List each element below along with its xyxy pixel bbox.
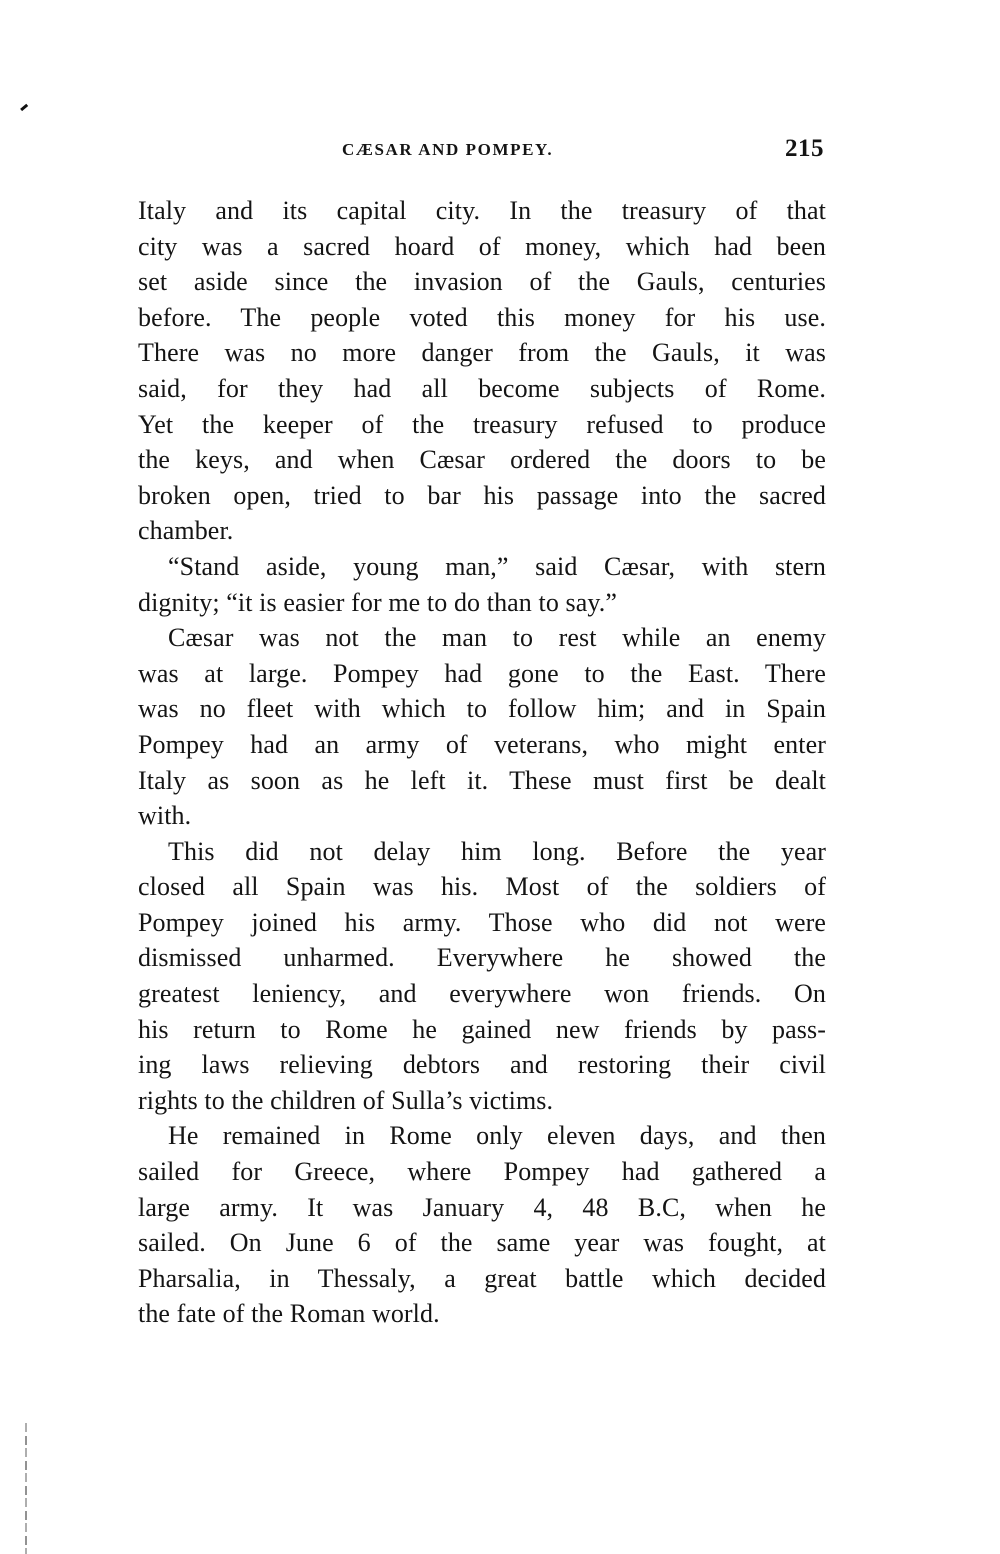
text-line: ing laws relieving debtors and restoring… [138, 1047, 826, 1083]
text-line: broken open, tried to bar his passage in… [138, 478, 826, 514]
text-line: dignity; “it is easier for me to do than… [138, 585, 826, 621]
running-head: CÆSAR AND POMPEY. 215 [138, 136, 826, 166]
text-line: was at large. Pompey had gone to the Eas… [138, 656, 826, 692]
text-line: city was a sacred hoard of money, which … [138, 229, 826, 265]
text-line: his return to Rome he gained new friends… [138, 1012, 826, 1048]
text-line: the fate of the Roman world. [138, 1296, 826, 1332]
text-line: sailed. On June 6 of the same year was f… [138, 1225, 826, 1261]
text-line: Pompey had an army of veterans, who migh… [138, 727, 826, 763]
paragraph: He remained in Rome only eleven days, an… [138, 1118, 826, 1332]
text-line: dismissed unharmed. Everywhere he showed… [138, 940, 826, 976]
stray-pencil-mark [20, 104, 28, 111]
text-line: Italy as soon as he left it. These must … [138, 763, 826, 799]
page-number: 215 [785, 135, 824, 163]
paragraph: “Stand aside, young man,” said Cæsar, wi… [138, 549, 826, 620]
text-line: Cæsar was not the man to rest while an e… [138, 620, 826, 656]
text-line: Pharsalia, in Thessaly, a great battle w… [138, 1261, 826, 1297]
scan-gutter-artifact [25, 1423, 27, 1554]
text-line: closed all Spain was his. Most of the so… [138, 869, 826, 905]
text-line: rights to the children of Sulla’s victim… [138, 1083, 826, 1119]
text-line: was no fleet with which to follow him; a… [138, 691, 826, 727]
text-line: He remained in Rome only eleven days, an… [138, 1118, 826, 1154]
paragraph: This did not delay him long. Before the … [138, 834, 826, 1119]
text-line: the keys, and when Cæsar ordered the doo… [138, 442, 826, 478]
paragraph: Italy and its capital city. In the treas… [138, 193, 826, 549]
body-text: Italy and its capital city. In the treas… [138, 193, 826, 1332]
text-line: set aside since the invasion of the Gaul… [138, 264, 826, 300]
text-line: sailed for Greece, where Pompey had gath… [138, 1154, 826, 1190]
text-line: This did not delay him long. Before the … [138, 834, 826, 870]
text-line: large army. It was January 4, 48 B.C, wh… [138, 1190, 826, 1226]
text-line: said, for they had all become subjects o… [138, 371, 826, 407]
text-line: Yet the keeper of the treasury refused t… [138, 407, 826, 443]
text-line: Pompey joined his army. Those who did no… [138, 905, 826, 941]
text-line: There was no more danger from the Gauls,… [138, 335, 826, 371]
text-line: Italy and its capital city. In the treas… [138, 193, 826, 229]
running-title: CÆSAR AND POMPEY. [342, 140, 553, 160]
text-line: greatest leniency, and everywhere won fr… [138, 976, 826, 1012]
paragraph: Cæsar was not the man to rest while an e… [138, 620, 826, 834]
text-line: before. The people voted this money for … [138, 300, 826, 336]
text-line: with. [138, 798, 826, 834]
text-line: chamber. [138, 513, 826, 549]
text-line: “Stand aside, young man,” said Cæsar, wi… [138, 549, 826, 585]
